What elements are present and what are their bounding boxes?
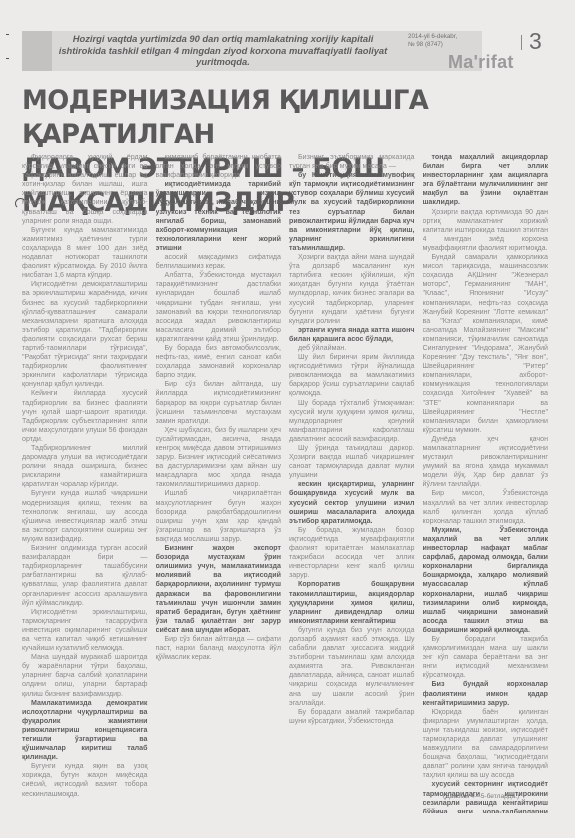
article-paragraph: бугунги кунда биз учун алоҳида долзарб а… xyxy=(289,626,415,708)
article-paragraph: Муҳими, Ўзбекистонда маҳаллий ва чет элл… xyxy=(423,526,549,635)
article-paragraph: Биз бундай корхоналар фаолиятини имкон қ… xyxy=(423,680,549,707)
article-paragraph: Ишлаб чиқарилаётган маҳсулотларнинг бугу… xyxy=(156,489,282,544)
article-paragraph: Бир сўз билан айтганда, шу йилларда иқти… xyxy=(156,380,282,425)
article-paragraph: Бу борадаги амалий тажрибалар шуни кўрса… xyxy=(289,708,415,726)
article-paragraph: Бу борада, жумладан бозор иқтисодиётида … xyxy=(289,526,415,581)
article-column-2: кимлашиб бораётганини инобатга олган ҳол… xyxy=(156,153,282,813)
article-paragraph: тонда маҳаллий акциядорлар билан бирга ч… xyxy=(423,153,549,208)
article-paragraph: Бир сўз билан айтганда — сифати паст, на… xyxy=(156,635,282,662)
header-lede: Hozirgi vaqtda yurtimizda 90 dan ortiq m… xyxy=(58,33,388,68)
issue-date: 2014-yil 6-dekabr, xyxy=(408,33,457,41)
masthead-logo: Ma'rifat xyxy=(448,52,514,72)
article-paragraph: Тадбиркорликнинг миллий даромадга улуши … xyxy=(22,444,148,489)
article-paragraph: асосий мақсадимиз сифатида белгилашимиз … xyxy=(156,253,282,271)
article-paragraph: Бугунги кунда мамлакатимизда жамиятимиз … xyxy=(22,226,148,281)
article-paragraph: деб ўйлайман. xyxy=(289,344,415,353)
continuation-note: (Давоми 4—5-бетларда.) xyxy=(443,793,519,800)
article-paragraph: Бугунги кунда яқин ва узоқ хорижда, буту… xyxy=(22,762,148,798)
article-paragraph: Бугунги кунда ишлаб чиқаришни модернизац… xyxy=(22,489,148,544)
scan-artifact xyxy=(6,58,9,59)
article-paragraph: бу Конституциямизга мувофиқ кўп тармоқли… xyxy=(289,171,415,253)
article-paragraph: Ҳеч шубҳасиз, биз бу ишларни ҳеч сусайти… xyxy=(156,426,282,490)
article-paragraph: Фуқароларга ҳуқуқий ёрдам кўрсатиш, улар… xyxy=(22,153,148,226)
article-paragraph: Бу борадаги тажриба ҳамкорлигимиздан ман… xyxy=(423,635,549,680)
article-paragraph: Шу борада тўхталиб ўтмоқчиман: хусусий м… xyxy=(289,399,415,444)
article-paragraph: Корпоратив бошқарувни такомиллаштириш, а… xyxy=(289,580,415,625)
article-paragraph: Бундай самарали ҳамкорликка мисол тариқа… xyxy=(423,253,549,435)
article-paragraph: Шу йил биринчи ярим йилликда иқтисодиёти… xyxy=(289,353,415,398)
article-paragraph: Мана шундай мураккаб шароитда бу жараёнл… xyxy=(22,653,148,698)
headline-line-1: МОДЕРНИЗАЦИЯ ҚИЛИШГА ҚАРАТИЛГАН xyxy=(22,84,521,152)
article-paragraph: Юқорида баён қилинган фикрларни умумлашт… xyxy=(423,708,549,781)
article-column-4: тонда маҳаллий акциядорлар билан бирга ч… xyxy=(423,153,549,813)
article-paragraph: эртанги кунга янада катта ишонч билан қа… xyxy=(289,326,415,344)
page-number: 3 xyxy=(529,29,542,53)
article-body: Фуқароларга ҳуқуқий ёрдам кўрсатиш, улар… xyxy=(22,153,548,813)
article-column-1: Фуқароларга ҳуқуқий ёрдам кўрсатиш, улар… xyxy=(22,153,148,813)
article-paragraph: кимлашиб бораётганини инобатга олган ҳол… xyxy=(156,153,282,180)
article-paragraph: Бизнинг олдимизда турган асосий вазифала… xyxy=(22,544,148,608)
article-paragraph: Ҳозирги вақтда юртимизда 90 дан ортиқ ма… xyxy=(423,208,549,253)
article-paragraph: Шу ўринда таъкидлаш даркор. Ҳозирги вақт… xyxy=(289,444,415,480)
divider xyxy=(521,35,522,50)
article-paragraph: иқтисодиётимизда таркибий ўзгаришларни и… xyxy=(156,180,282,253)
issue-number: № 98 (8747) xyxy=(408,41,457,49)
article-paragraph: Ҳозирги вақтда айни мана шундай ўта долз… xyxy=(289,253,415,326)
article-column-3: Бизнинг эътиборимиз марказида турган яна… xyxy=(289,153,415,813)
article-paragraph: кескин қисқартириш, уларнинг бошқарувида… xyxy=(289,480,415,525)
article-paragraph: Мамлакатимизда демократик ислоҳотларни ч… xyxy=(22,699,148,763)
article-paragraph: Бизнинг эътиборимиз марказида турган яна… xyxy=(289,153,415,171)
dateline: 2014-yil 6-dekabr, № 98 (8747) xyxy=(408,33,457,49)
article-paragraph: Бир мисол, Ўзбекистонда маҳаллий ва чет … xyxy=(423,489,549,525)
article-paragraph: Бу борада биз автомобилсозлик, нефть-газ… xyxy=(156,344,282,380)
article-paragraph: Кейинги йилларда хусусий тадбиркорлик ва… xyxy=(22,389,148,444)
scan-artifact xyxy=(6,34,9,35)
article-paragraph: Иқтисодиётни эркинлаштириш, тармоқларнин… xyxy=(22,608,148,653)
header-color-swatch xyxy=(22,31,52,71)
article-paragraph: Бизнинг жаҳон экспорт бозорида мустаҳкам… xyxy=(156,544,282,635)
article-paragraph: Албатта, Ўзбекистонда мустақил тараққиёт… xyxy=(156,271,282,344)
article-paragraph: Иқтисодиётни демократлаштириш ва эркинла… xyxy=(22,280,148,389)
article-paragraph: Дунёда ҳеч қачон мамлакатларнинг иқтисод… xyxy=(423,435,549,490)
